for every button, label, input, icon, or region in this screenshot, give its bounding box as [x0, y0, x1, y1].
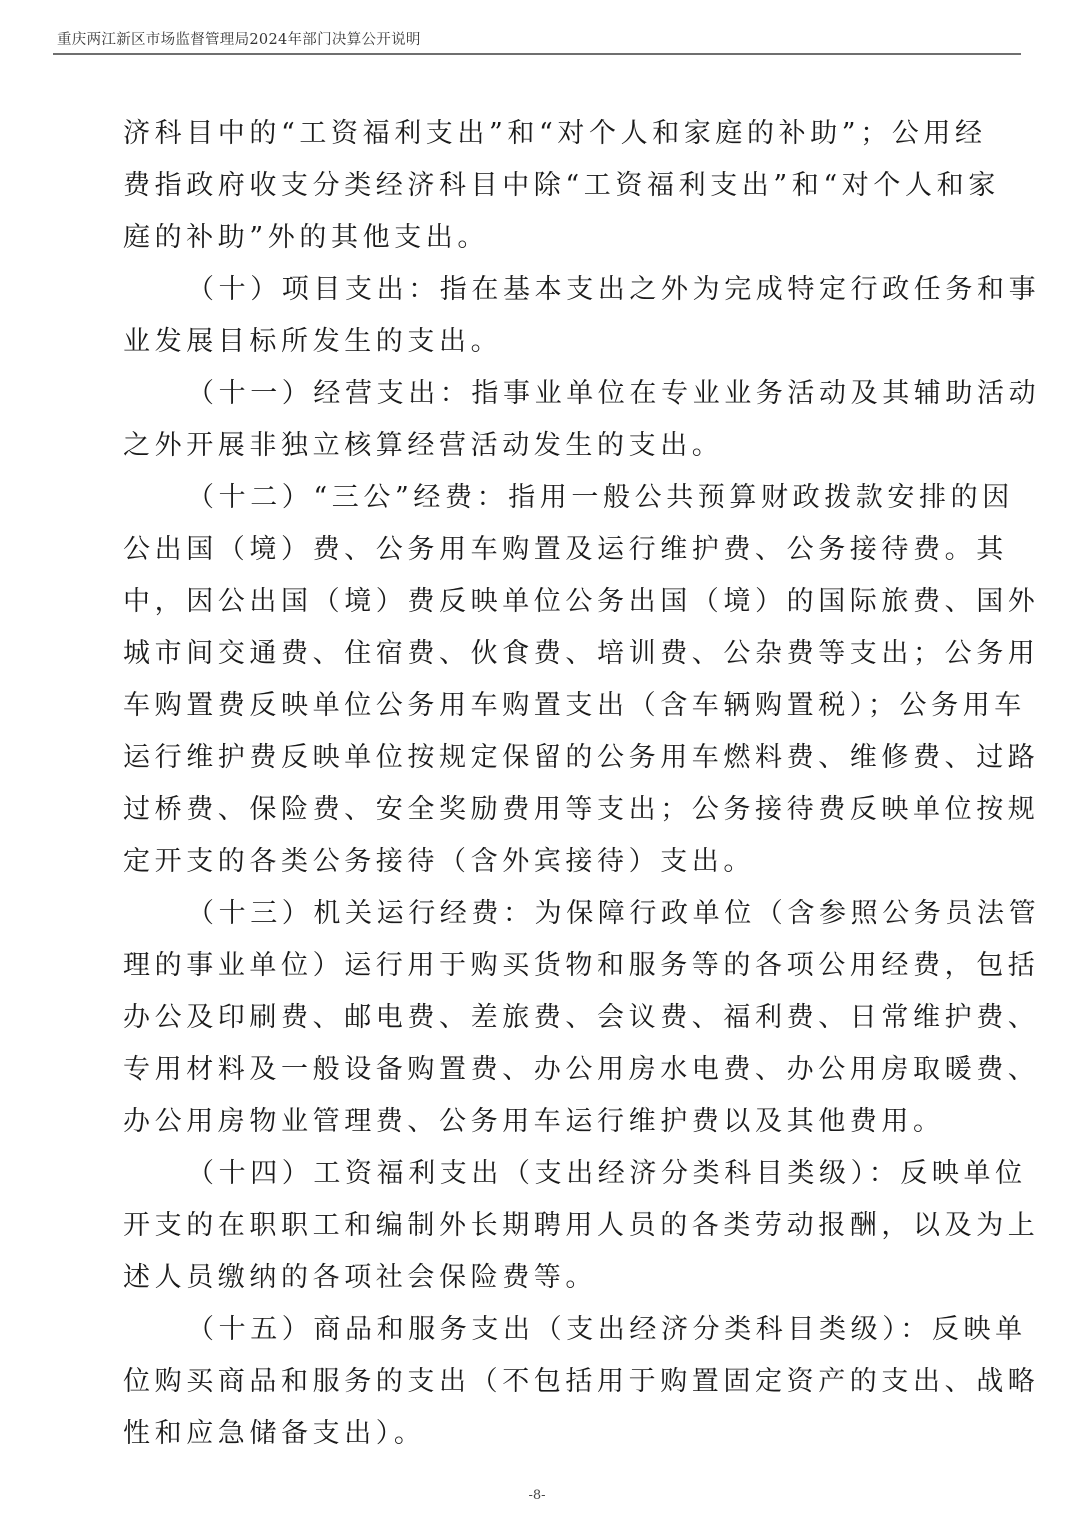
- text-line: 庭的补助”外的其他支出。: [123, 212, 959, 264]
- document-body: 济科目中的“工资福利支出”和“对个人和家庭的补助”；公用经 费指政府收支分类经济…: [123, 108, 959, 1460]
- text-line: 专用材料及一般设备购置费、办公用房水电费、办公用房取暖费、: [123, 1044, 959, 1096]
- paragraph-heading-14: （十四）工资福利支出（支出经济分类科目类级）：反映单位: [123, 1148, 959, 1200]
- paragraph-heading-15: （十五）商品和服务支出（支出经济分类科目类级）：反映单: [123, 1304, 959, 1356]
- text-line: 车购置费反映单位公务用车购置支出（含车辆购置税）；公务用车: [123, 680, 959, 732]
- text-line: 之外开展非独立核算经营活动发生的支出。: [123, 420, 959, 472]
- paragraph-heading-10: （十）项目支出：指在基本支出之外为完成特定行政任务和事: [123, 264, 959, 316]
- text-line: 济科目中的“工资福利支出”和“对个人和家庭的补助”；公用经: [123, 108, 959, 160]
- text-line: 运行维护费反映单位按规定保留的公务用车燃料费、维修费、过路: [123, 732, 959, 784]
- paragraph-heading-13: （十三）机关运行经费：为保障行政单位（含参照公务员法管: [123, 888, 959, 940]
- text-line: 性和应急储备支出）。: [123, 1408, 959, 1460]
- text-line: 过桥费、保险费、安全奖励费用等支出；公务接待费反映单位按规: [123, 784, 959, 836]
- page-number: -8-: [0, 1488, 1074, 1503]
- text-line: 办公及印刷费、邮电费、差旅费、会议费、福利费、日常维护费、: [123, 992, 959, 1044]
- text-line: 中，因公出国（境）费反映单位公务出国（境）的国际旅费、国外: [123, 576, 959, 628]
- running-header-title: 重庆两江新区市场监督管理局2024年部门决算公开说明: [57, 28, 421, 49]
- text-line: 位购买商品和服务的支出（不包括用于购置固定资产的支出、战略: [123, 1356, 959, 1408]
- text-line: 述人员缴纳的各项社会保险费等。: [123, 1252, 959, 1304]
- paragraph-heading-11: （十一）经营支出：指事业单位在专业业务活动及其辅助活动: [123, 368, 959, 420]
- paragraph-heading-12: （十二）“三公”经费：指用一般公共预算财政拨款安排的因: [123, 472, 959, 524]
- text-line: 定开支的各类公务接待（含外宾接待）支出。: [123, 836, 959, 888]
- text-line: 城市间交通费、住宿费、伙食费、培训费、公杂费等支出；公务用: [123, 628, 959, 680]
- text-line: 费指政府收支分类经济科目中除“工资福利支出”和“对个人和家: [123, 160, 959, 212]
- text-line: 办公用房物业管理费、公务用车运行维护费以及其他费用。: [123, 1096, 959, 1148]
- text-line: 理的事业单位）运行用于购买货物和服务等的各项公用经费，包括: [123, 940, 959, 992]
- text-line: 开支的在职职工和编制外长期聘用人员的各类劳动报酬，以及为上: [123, 1200, 959, 1252]
- header-divider: [53, 53, 1021, 55]
- text-line: 公出国（境）费、公务用车购置及运行维护费、公务接待费。其: [123, 524, 959, 576]
- text-line: 业发展目标所发生的支出。: [123, 316, 959, 368]
